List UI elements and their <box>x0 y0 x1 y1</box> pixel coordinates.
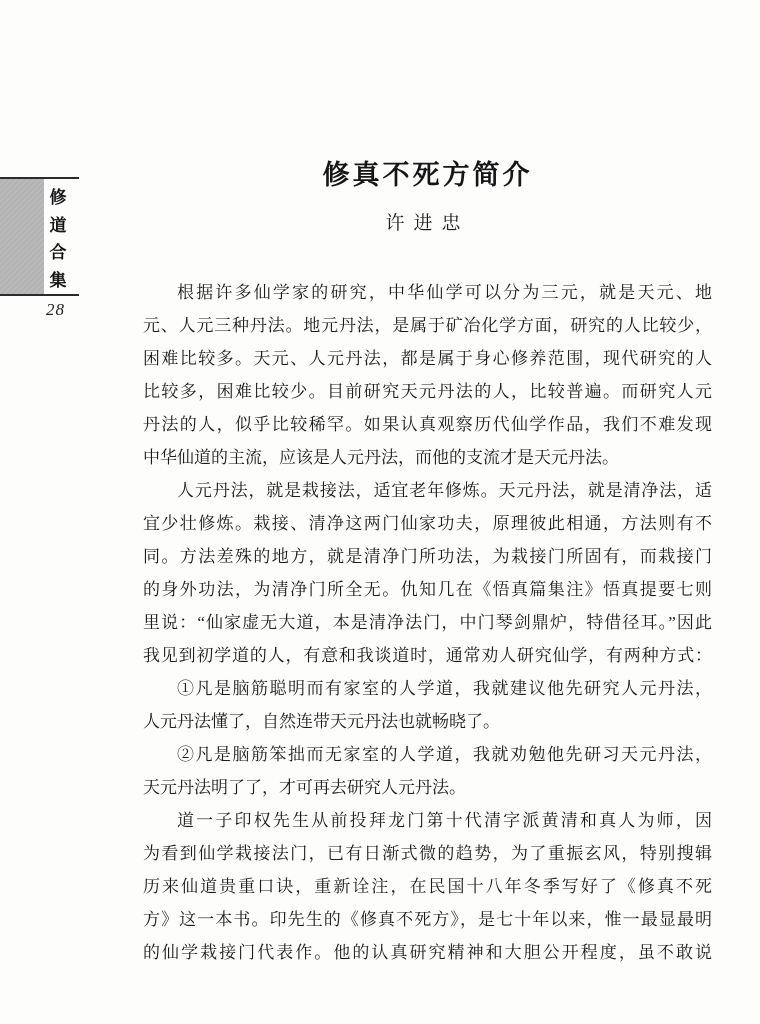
paragraph: ①凡是脑筋聪明而有家室的人学道，我就建议他先研究人元丹法， 人元丹法懂了，自然连… <box>143 672 712 738</box>
series-char: 道 <box>50 211 67 236</box>
body-line: 的仙学栽接门代表作。他的认真研究精神和大胆公开程度，虽不敢说 <box>143 936 712 969</box>
paragraph: 道一子印权先生从前投拜龙门第十代清字派黄清和真人为师，因 为看到仙学栽接法门，已… <box>143 804 712 969</box>
body-line: 根据许多仙学家的研究，中华仙学可以分为三元，就是天元、地 <box>143 276 712 309</box>
paragraph: ②凡是脑筋笨拙而无家室的人学道，我就劝勉他先研习天元丹法， 天元丹法明了了，才可… <box>143 738 712 804</box>
body-line: 困难比较多。天元、人元丹法，都是属于身心修养范围，现代研究的人 <box>143 342 712 375</box>
body-line: 丹法的人，似乎比较稀罕。如果认真观察历代仙学作品，我们不难发现 <box>143 408 712 441</box>
body-line: ②凡是脑筋笨拙而无家室的人学道，我就劝勉他先研习天元丹法， <box>143 738 712 771</box>
series-char: 合 <box>50 238 67 263</box>
page-title: 修真不死方简介 <box>143 153 712 192</box>
paragraph: 根据许多仙学家的研究，中华仙学可以分为三元，就是天元、地 元、人元三种丹法。地元… <box>143 276 712 474</box>
body-line: 同。方法差殊的地方，就是清净门所功法，为栽接门所固有，而栽接门 <box>143 540 712 573</box>
body-line: 我见到初学道的人，有意和我谈道时，通常劝人研究仙学，有两种方式： <box>143 639 712 672</box>
body-line: 宜少壮修炼。栽接、清净这两门仙家功夫，原理彼此相通，方法则有不 <box>143 507 712 540</box>
body-line: 方》这一本书。印先生的《修真不死方》，是七十年以来，惟一最显最明 <box>143 903 712 936</box>
body-line: 的身外功法，为清净门所全无。仇知几在《悟真篇集注》悟真提要七则 <box>143 573 712 606</box>
body-line: 天元丹法明了了，才可再去研究人元丹法。 <box>143 771 712 804</box>
article-body: 根据许多仙学家的研究，中华仙学可以分为三元，就是天元、地 元、人元三种丹法。地元… <box>143 276 712 969</box>
body-line: ①凡是脑筋聪明而有家室的人学道，我就建议他先研究人元丹法， <box>143 672 712 705</box>
series-vertical-title: 修 道 合 集 <box>45 183 71 291</box>
body-line: 历来仙道贵重口诀，重新诠注，在民国十八年冬季写好了《修真不死 <box>143 870 712 903</box>
spine-bottom-rule <box>0 294 79 296</box>
body-line: 比较多，困难比较少。目前研究天元丹法的人，比较普遍。而研究人元 <box>143 375 712 408</box>
body-line: 里说：“仙家虚无大道，本是清净法门，中门琴剑鼎炉，特借径耳。”因此 <box>143 606 712 639</box>
body-line: 元、人元三种丹法。地元丹法，是属于矿冶化学方面，研究的人比较少， <box>143 309 712 342</box>
body-line: 人元丹法，就是栽接法，适宜老年修炼。天元丹法，就是清净法，适 <box>143 474 712 507</box>
series-char: 修 <box>50 183 67 208</box>
body-line: 为看到仙学栽接法门，已有日渐式微的趋势，为了重振玄风，特别搜辑 <box>143 837 712 870</box>
spine-gray-block <box>0 179 44 294</box>
book-page: 修 道 合 集 28 修真不死方简介 许进忠 根据许多仙学家的研究，中华仙学可以… <box>0 0 760 1024</box>
body-line: 人元丹法懂了，自然连带天元丹法也就畅晓了。 <box>143 705 712 738</box>
page-number: 28 <box>46 300 65 320</box>
body-line: 中华仙道的主流，应该是人元丹法，而他的支流才是天元丹法。 <box>143 441 712 474</box>
author-name: 许进忠 <box>143 208 712 235</box>
paragraph: 人元丹法，就是栽接法，适宜老年修炼。天元丹法，就是清净法，适 宜少壮修炼。栽接、… <box>143 474 712 672</box>
series-char: 集 <box>50 266 67 291</box>
body-line: 道一子印权先生从前投拜龙门第十代清字派黄清和真人为师，因 <box>143 804 712 837</box>
